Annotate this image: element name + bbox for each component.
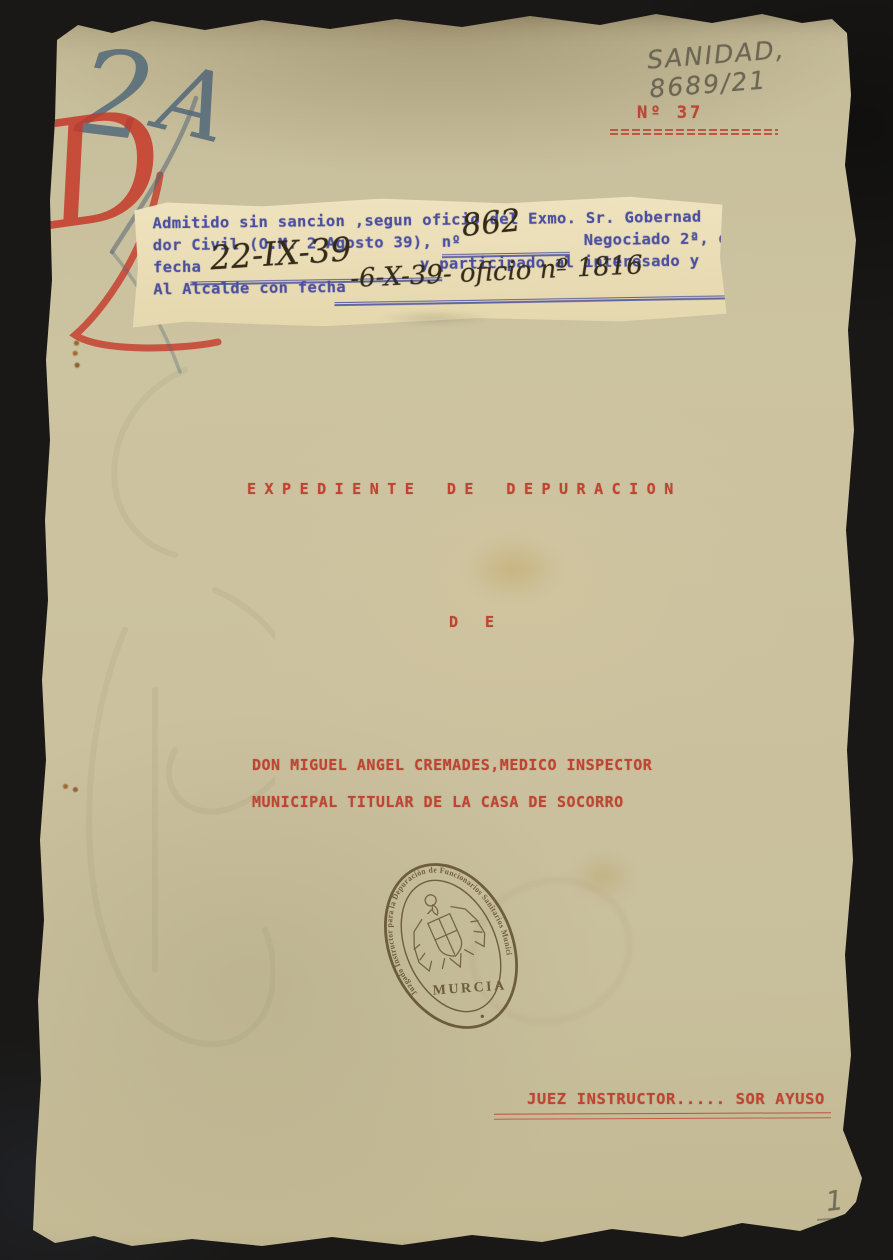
page-number-underline bbox=[817, 1217, 843, 1221]
court-rubber-stamp: Juzgado Instructor para la Depuración de… bbox=[352, 850, 550, 1042]
slip-line4-typed: Al Alcalde con fecha bbox=[153, 278, 346, 298]
slip-line4-handwritten-date: -6-X-39- oficio nº 1816 bbox=[350, 250, 644, 294]
slip-underline-3 bbox=[334, 295, 734, 306]
subject-name-line1: DON MIGUEL ANGEL CREMADES,MEDICO INSPECT… bbox=[252, 756, 652, 774]
page-number: 1 bbox=[824, 1185, 845, 1218]
document-page: 2 A D SANIDAD, 8689/21 Nº 37 Admitido si… bbox=[0, 0, 893, 1260]
file-number: Nº 37 bbox=[637, 103, 703, 123]
document-title: EXPEDIENTE DE DEPURACION bbox=[247, 480, 682, 498]
admission-slip: Admitido sin sancion ,segun oficio del E… bbox=[131, 194, 727, 328]
slip-line3-typed-a: fecha bbox=[153, 258, 201, 277]
slip-line3-handwritten-date: 22-IX-39 bbox=[209, 229, 353, 277]
archive-reference-note: SANIDAD, 8689/21 bbox=[646, 26, 893, 103]
slip-line2-typed-b: Negociado 2ª, de bbox=[584, 229, 738, 249]
title-connector: D E bbox=[449, 613, 503, 631]
judge-instructor-line: JUEZ INSTRUCTOR..... SOR AYUSO bbox=[527, 1090, 825, 1108]
stamp-city-text: MURCIA bbox=[432, 978, 507, 998]
file-number-underline bbox=[610, 129, 778, 136]
slip-line2-handwritten-number: 862 bbox=[460, 202, 522, 244]
slip-line1: Admitido sin sancion ,segun oficio del E… bbox=[152, 208, 701, 233]
judge-line-underline bbox=[494, 1112, 831, 1119]
age-stain-center bbox=[466, 538, 561, 600]
subject-name-line2: MUNICIPAL TITULAR DE LA CASA DE SOCORRO bbox=[252, 793, 624, 811]
scan-background: 2 A D SANIDAD, 8689/21 Nº 37 Admitido si… bbox=[0, 0, 893, 1260]
embossed-watermark bbox=[35, 330, 275, 1070]
